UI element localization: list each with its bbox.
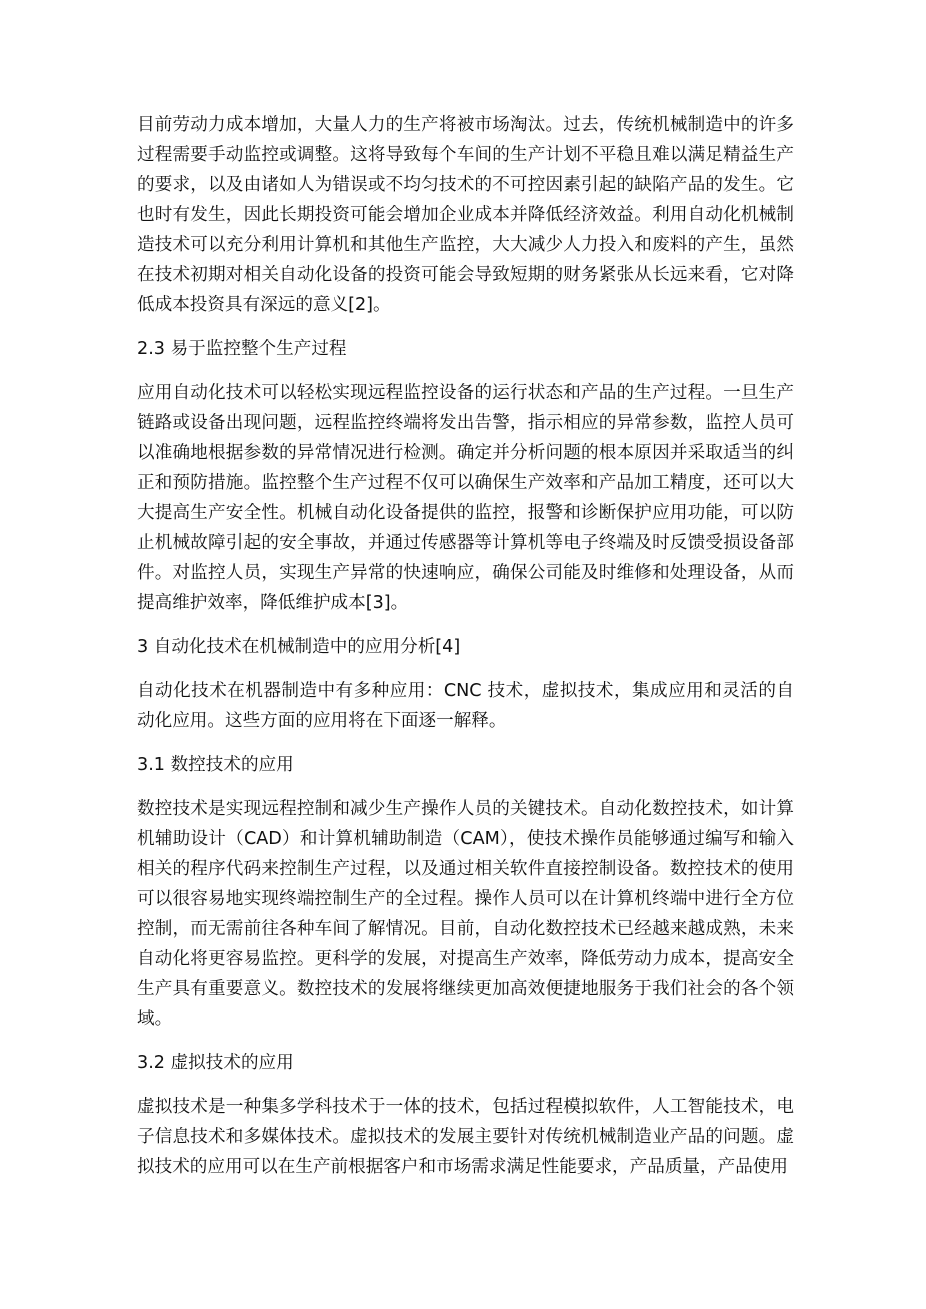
heading-section-2-3: 2.3 易于监控整个生产过程 [137, 334, 794, 364]
heading-section-3-2: 3.2 虚拟技术的应用 [137, 1048, 794, 1078]
document-body: 目前劳动力成本增加，大量人力的生产将被市场淘汰。过去，传统机械制造中的许多过程需… [137, 110, 794, 1182]
paragraph-labor-cost: 目前劳动力成本增加，大量人力的生产将被市场淘汰。过去，传统机械制造中的许多过程需… [137, 110, 794, 320]
paragraph-applications-intro: 自动化技术在机器制造中有多种应用：CNC 技术，虚拟技术，集成应用和灵活的自动化… [137, 676, 794, 736]
heading-section-3-1: 3.1 数控技术的应用 [137, 750, 794, 780]
paragraph-cnc-technology: 数控技术是实现远程控制和减少生产操作人员的关键技术。自动化数控技术，如计算机辅助… [137, 794, 794, 1034]
heading-section-3: 3 自动化技术在机械制造中的应用分析[4] [137, 632, 794, 662]
document-page: 目前劳动力成本增加，大量人力的生产将被市场淘汰。过去，传统机械制造中的许多过程需… [0, 0, 926, 1309]
paragraph-virtual-technology: 虚拟技术是一种集多学科技术于一体的技术，包括过程模拟软件，人工智能技术，电子信息… [137, 1092, 794, 1182]
paragraph-remote-monitoring: 应用自动化技术可以轻松实现远程监控设备的运行状态和产品的生产过程。一旦生产链路或… [137, 378, 794, 618]
